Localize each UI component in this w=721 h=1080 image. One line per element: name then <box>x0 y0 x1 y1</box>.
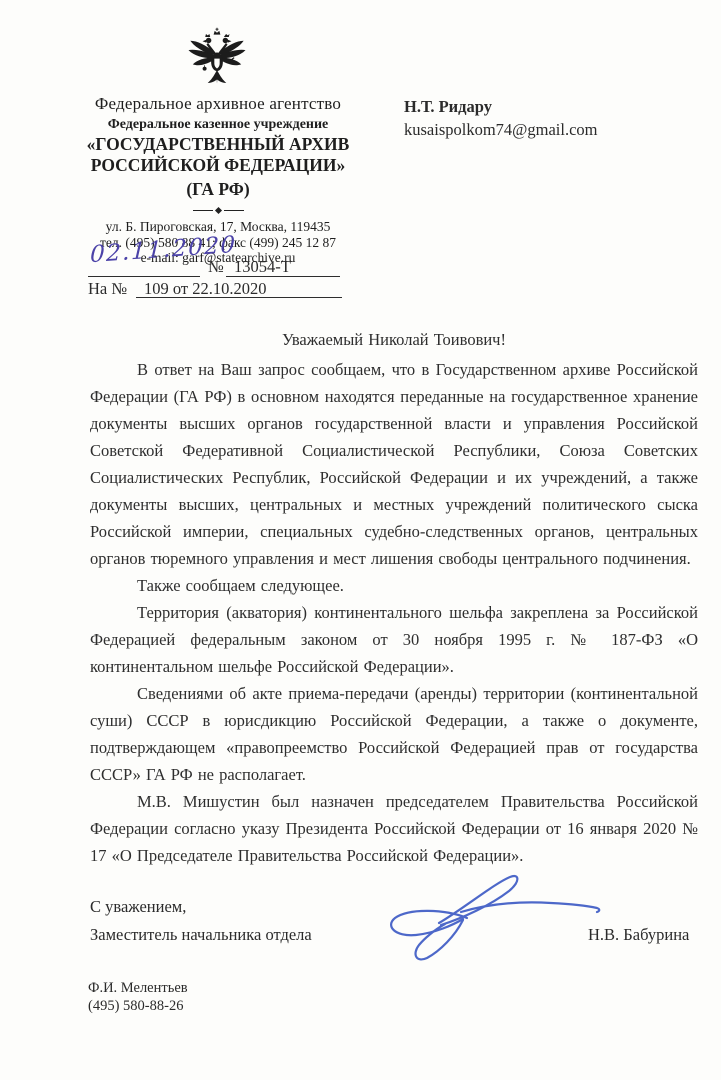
paragraph-1: В ответ на Ваш запрос сообщаем, что в Го… <box>90 356 698 572</box>
executor-block: Ф.И. Мелентьев (495) 580-88-26 <box>88 980 188 1015</box>
paragraph-4: Сведениями об акте приема-передачи (арен… <box>90 680 698 788</box>
org-name-line1: «ГОСУДАРСТВЕННЫЙ АРХИВ <box>58 135 378 154</box>
letter-body: Уважаемый Николай Тоивович! В ответ на В… <box>90 326 698 869</box>
diamond-separator-icon <box>58 208 378 213</box>
salutation: Уважаемый Николай Тоивович! <box>90 326 698 353</box>
recipient-block: Н.Т. Ридару kusaispolkom74@gmail.com <box>404 97 597 140</box>
signer-name: Н.В. Бабурина <box>588 925 689 945</box>
recipient-email: kusaispolkom74@gmail.com <box>404 120 597 140</box>
outgoing-number-value: 13054-Т <box>234 257 291 277</box>
reply-to-value: 109 от 22.10.2020 <box>144 279 267 299</box>
paragraph-3: Территория (акватория) континентального … <box>90 599 698 680</box>
agency-name: Федеральное архивное агентство <box>58 94 378 114</box>
institution-type: Федеральное казенное учреждение <box>58 117 378 133</box>
signer-position: Заместитель начальника отдела <box>90 925 312 945</box>
outgoing-number-label: № <box>208 257 224 277</box>
reply-to-label: На № <box>88 279 127 299</box>
recipient-name: Н.Т. Ридару <box>404 97 597 117</box>
closing-phrase: С уважением, <box>90 897 186 917</box>
executor-phone: (495) 580-88-26 <box>88 998 188 1016</box>
org-name-line2: РОССИЙСКОЙ ФЕДЕРАЦИИ» <box>58 156 378 175</box>
reply-underline <box>136 297 342 298</box>
double-headed-eagle-icon <box>186 26 248 94</box>
number-underline <box>226 276 340 277</box>
scanned-letter-page: Федеральное архивное агентство Федеральн… <box>0 0 721 1080</box>
date-underline <box>88 276 200 277</box>
paragraph-5: М.В. Мишустин был назначен председателем… <box>90 788 698 869</box>
handwritten-signature-icon <box>383 868 611 966</box>
org-abbreviation: (ГА РФ) <box>58 179 378 200</box>
executor-name: Ф.И. Мелентьев <box>88 980 188 998</box>
reference-block: 02.11.2020 № 13054-Т На № 109 от 22.10.2… <box>88 246 368 308</box>
paragraph-2: Также сообщаем следующее. <box>90 572 698 599</box>
